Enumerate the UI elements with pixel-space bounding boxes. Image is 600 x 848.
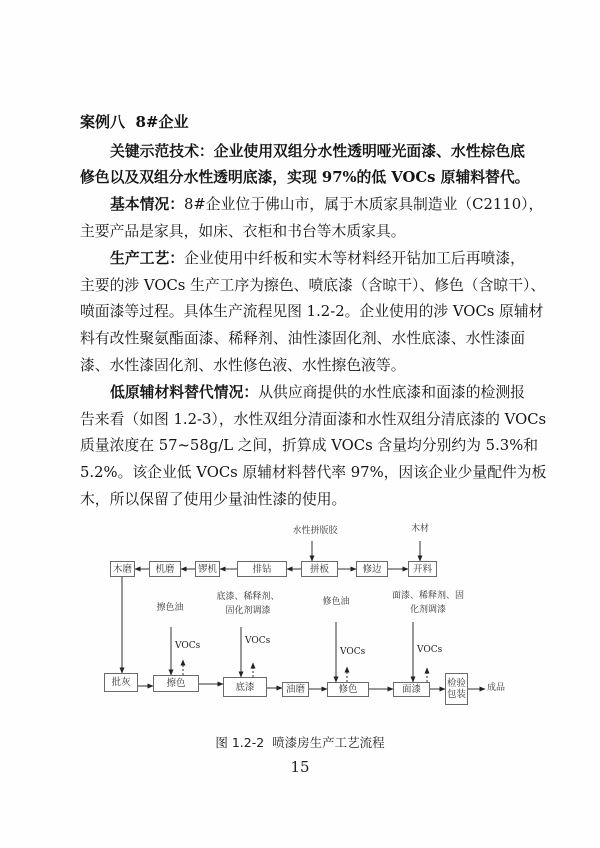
vocs-emission-label: VOCs <box>175 641 200 652</box>
process-flow-diagram: 水性拼版胶 木材 木磨 机磨 锣机 排钻 拼板 修边 开料 擦色油 底漆、稀释剂… <box>0 0 600 848</box>
input-waterborne-panel-glue: 水性拼版胶 <box>288 525 342 539</box>
material-label-line: 修色油 <box>316 596 356 610</box>
document-page: 案例八 8#企业 关键示范技术：企业使用双组分水性透明哑光面漆、水性棕色底 修色… <box>0 0 600 848</box>
step-wood-sanding: 木磨 <box>110 561 135 577</box>
material-label-line: 固化剂调漆 <box>214 605 282 619</box>
step-cutting: 开料 <box>408 561 437 577</box>
step-panel-joining: 拼板 <box>301 561 338 577</box>
vocs-emission-label: VOCs <box>340 647 365 658</box>
step-primer: 底漆 <box>223 677 267 697</box>
step-edge-trimming: 修边 <box>356 561 388 577</box>
input-wood: 木材 <box>405 523 435 537</box>
step-touchup: 修色 <box>327 682 369 697</box>
material-label-line: 面漆、稀释剂、固 <box>390 590 466 604</box>
material-label-line: 底漆、稀释剂、 <box>214 591 282 605</box>
step-router: 锣机 <box>195 561 220 577</box>
figure-caption: 图 1.2-2 喷漆房生产工艺流程 <box>0 733 600 751</box>
box-label-line: 检验 <box>447 678 466 689</box>
material-primer-mix: 底漆、稀释剂、 固化剂调漆 <box>214 591 282 618</box>
step-drilling: 排钻 <box>237 561 287 577</box>
step-topcoat: 面漆 <box>393 682 430 697</box>
material-topcoat-mix: 面漆、稀释剂、固 化剂调漆 <box>390 590 466 617</box>
vocs-emission-label: VOCs <box>417 645 442 656</box>
step-inspection-packaging: 检验 包装 <box>445 673 468 705</box>
box-label-line: 包装 <box>447 689 466 700</box>
step-staining: 擦色 <box>153 675 199 692</box>
step-putty: 批灰 <box>104 673 138 692</box>
material-touchup-oil: 修色油 <box>316 596 356 610</box>
material-label-line: 化剂调漆 <box>390 604 466 618</box>
material-stain-oil: 擦色油 <box>148 602 192 616</box>
material-label-line: 擦色油 <box>148 602 192 616</box>
flow-arrows <box>0 0 600 848</box>
page-number: 15 <box>0 758 600 776</box>
output-finished-product: 成品 <box>487 682 505 696</box>
step-machine-sanding: 机磨 <box>149 561 181 577</box>
step-oil-sanding: 油磨 <box>282 682 309 697</box>
vocs-emission-label: VOCs <box>245 636 270 647</box>
